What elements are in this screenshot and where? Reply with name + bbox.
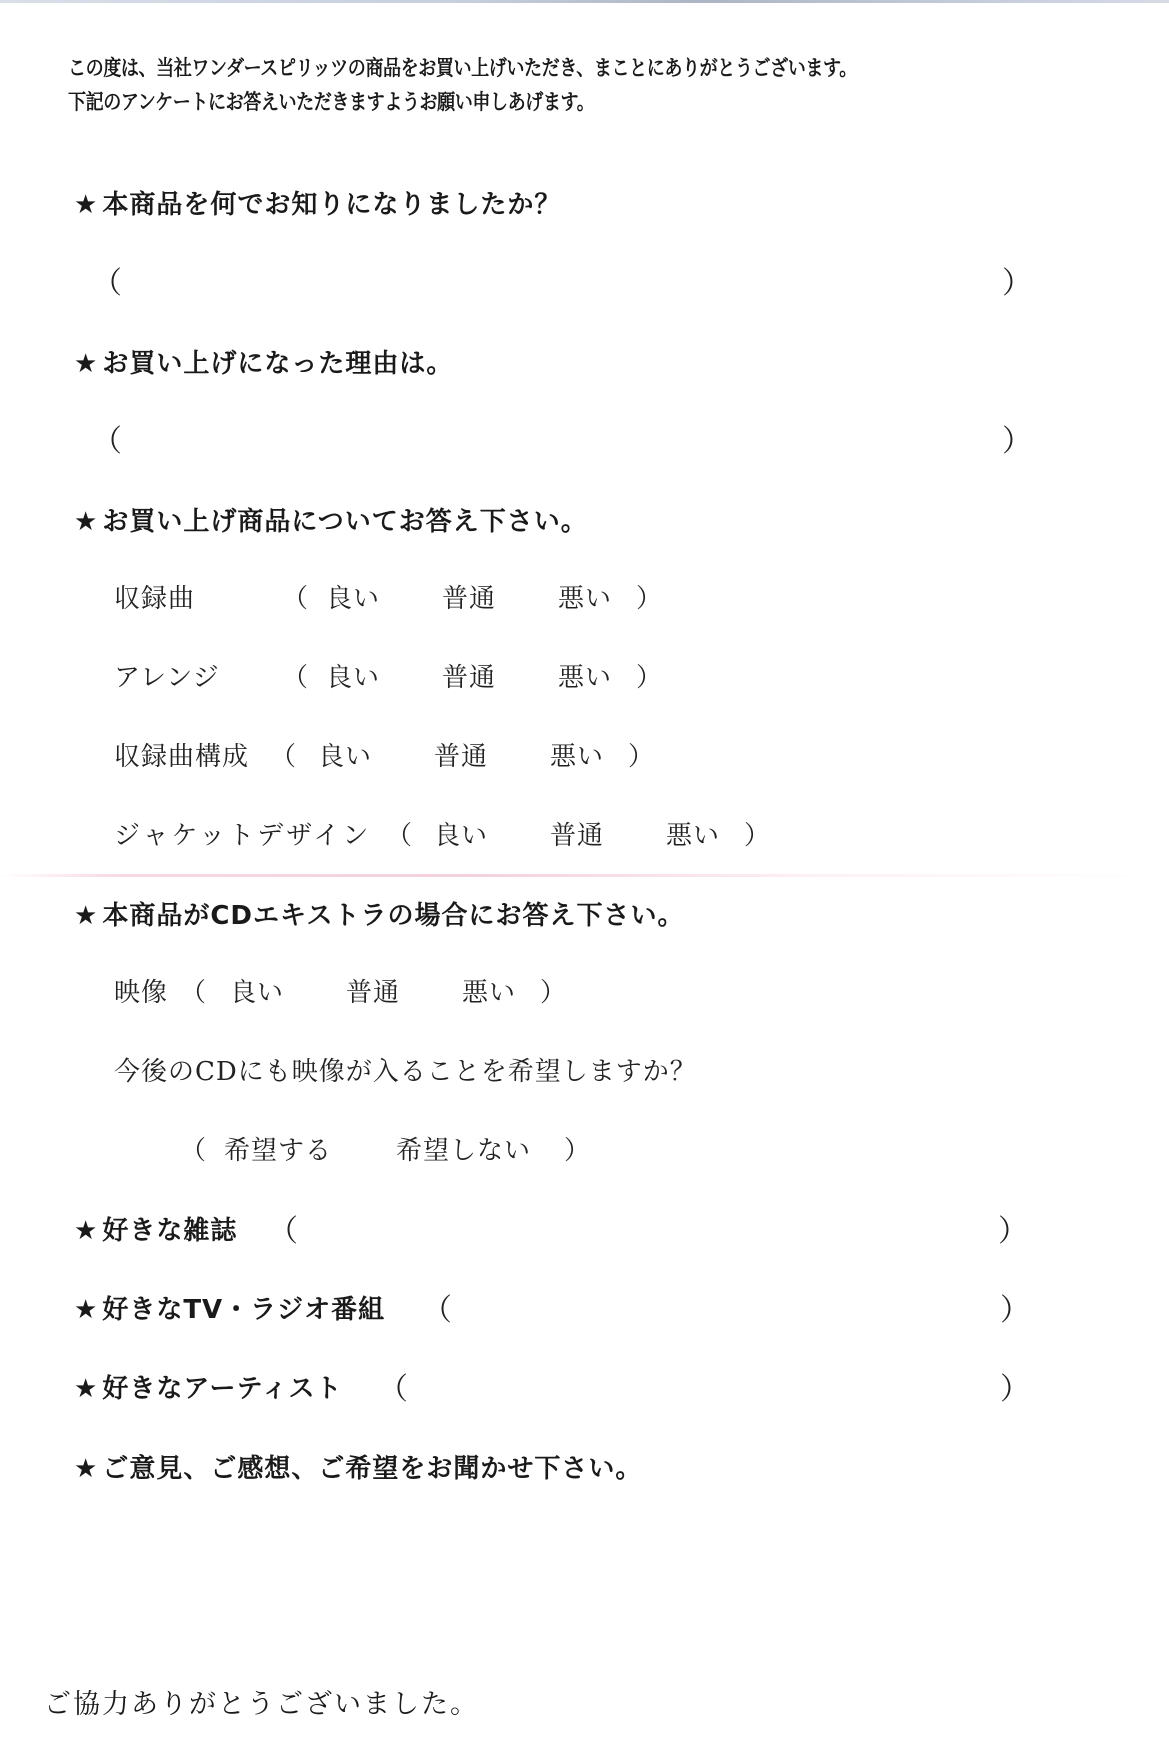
close-paren: ） <box>998 1206 1028 1250</box>
star-icon: ★ <box>74 1454 98 1484</box>
question-purchase-reason: ★お買い上げになった理由は。 <box>74 343 453 380</box>
star-icon: ★ <box>74 507 98 537</box>
star-icon: ★ <box>74 1216 98 1246</box>
question-label: 好きなアーティスト <box>102 1374 342 1404</box>
future-video-choice: （ 希望する 希望しない ） <box>180 1130 680 1170</box>
future-video-question: 今後のCDにも映像が入ることを希望しますか？ <box>114 1051 697 1088</box>
answer-field-purchase-reason[interactable]: （ ） <box>92 416 1042 456</box>
question-label: ご意見、ご感想、ご希望をお聞かせ下さい。 <box>102 1454 642 1484</box>
rating-row-label: 収録曲 <box>114 578 195 615</box>
close-paren: ） <box>636 657 663 694</box>
option-bad[interactable]: 悪い <box>666 815 720 852</box>
open-paren: （ <box>422 1285 452 1329</box>
scan-top-edge <box>0 0 1169 3</box>
option-average[interactable]: 普通 <box>434 736 488 773</box>
option-good[interactable]: 良い <box>326 578 380 615</box>
open-paren: （ <box>180 1130 207 1167</box>
scan-artifact-line <box>0 874 1169 877</box>
rating-row-arrangement: アレンジ （ 良い 普通 悪い ） <box>114 657 714 697</box>
close-paren: ） <box>636 578 663 615</box>
star-icon: ★ <box>74 901 98 931</box>
question-favorite-tv-radio: ★好きなTV・ラジオ番組 <box>74 1289 385 1326</box>
intro-line-1: この度は、当社ワンダースピリッツの商品をお買い上げいただき、まことにありがとうご… <box>68 52 857 82</box>
option-bad[interactable]: 悪い <box>558 657 612 694</box>
answer-field-favorite-magazine[interactable]: （ ） <box>268 1206 1048 1246</box>
question-label: お買い上げになった理由は。 <box>102 349 453 379</box>
open-paren: （ <box>268 1206 298 1250</box>
rating-row-label: 収録曲構成 <box>114 736 249 773</box>
option-wish[interactable]: 希望する <box>224 1130 332 1167</box>
question-product-rating: ★お買い上げ商品についてお答え下さい。 <box>74 501 588 538</box>
rating-row-label: 映像 <box>114 972 168 1009</box>
question-label: お買い上げ商品についてお答え下さい。 <box>102 507 587 537</box>
option-good[interactable]: 良い <box>326 657 380 694</box>
closing-message: ご協力ありがとうございました。 <box>44 1682 479 1721</box>
star-icon: ★ <box>74 190 98 220</box>
option-average[interactable]: 普通 <box>442 578 496 615</box>
option-no-wish[interactable]: 希望しない <box>396 1130 531 1167</box>
option-good[interactable]: 良い <box>318 736 372 773</box>
answer-field-favorite-tv-radio[interactable]: （ ） <box>422 1285 1052 1325</box>
rating-row-jacket-design: ジャケットデザイン （ 良い 普通 悪い ） <box>114 815 814 855</box>
question-label: 本商品を何でお知りになりましたか？ <box>102 190 561 220</box>
close-paren: ） <box>1002 416 1032 460</box>
rating-row-track-structure: 収録曲構成 （ 良い 普通 悪い ） <box>114 736 714 776</box>
open-paren: （ <box>378 1364 408 1408</box>
option-good[interactable]: 良い <box>434 815 488 852</box>
question-favorite-magazine: ★好きな雑誌 <box>74 1210 237 1247</box>
option-average[interactable]: 普通 <box>550 815 604 852</box>
close-paren: ） <box>1000 1364 1030 1408</box>
close-paren: ） <box>564 1130 591 1167</box>
close-paren: ） <box>1002 258 1032 302</box>
open-paren: （ <box>282 657 309 694</box>
open-paren: （ <box>270 736 297 773</box>
option-average[interactable]: 普通 <box>346 972 400 1009</box>
option-good[interactable]: 良い <box>230 972 284 1009</box>
question-cd-extra: ★本商品がCDエキストラの場合にお答え下さい。 <box>74 895 684 932</box>
rating-row-tracks: 収録曲 （ 良い 普通 悪い ） <box>114 578 714 618</box>
rating-row-video: 映像 （ 良い 普通 悪い ） <box>114 972 714 1012</box>
question-how-known: ★本商品を何でお知りになりましたか？ <box>74 184 561 221</box>
question-label: 好きなTV・ラジオ番組 <box>102 1295 385 1325</box>
open-paren: （ <box>92 258 122 302</box>
option-bad[interactable]: 悪い <box>550 736 604 773</box>
intro-line-2: 下記のアンケートにお答えいただきますようお願い申しあげます。 <box>68 86 594 116</box>
star-icon: ★ <box>74 349 98 379</box>
rating-row-label: アレンジ <box>114 657 220 694</box>
open-paren: （ <box>282 578 309 615</box>
open-paren: （ <box>386 815 413 852</box>
answer-field-how-known[interactable]: （ ） <box>92 258 1042 298</box>
close-paren: ） <box>628 736 655 773</box>
close-paren: ） <box>540 972 567 1009</box>
option-average[interactable]: 普通 <box>442 657 496 694</box>
star-icon: ★ <box>74 1374 98 1404</box>
question-comments: ★ご意見、ご感想、ご希望をお聞かせ下さい。 <box>74 1448 642 1485</box>
open-paren: （ <box>92 416 122 460</box>
open-paren: （ <box>180 972 207 1009</box>
option-bad[interactable]: 悪い <box>462 972 516 1009</box>
option-bad[interactable]: 悪い <box>558 578 612 615</box>
question-label: 本商品がCDエキストラの場合にお答え下さい。 <box>102 901 684 931</box>
close-paren: ） <box>1000 1285 1030 1329</box>
question-label: 好きな雑誌 <box>102 1216 237 1246</box>
answer-field-favorite-artist[interactable]: （ ） <box>378 1364 1058 1404</box>
star-icon: ★ <box>74 1295 98 1325</box>
question-favorite-artist: ★好きなアーティスト <box>74 1368 342 1405</box>
close-paren: ） <box>744 815 771 852</box>
rating-row-label: ジャケットデザイン <box>114 815 371 852</box>
comments-field[interactable] <box>74 1495 1054 1655</box>
